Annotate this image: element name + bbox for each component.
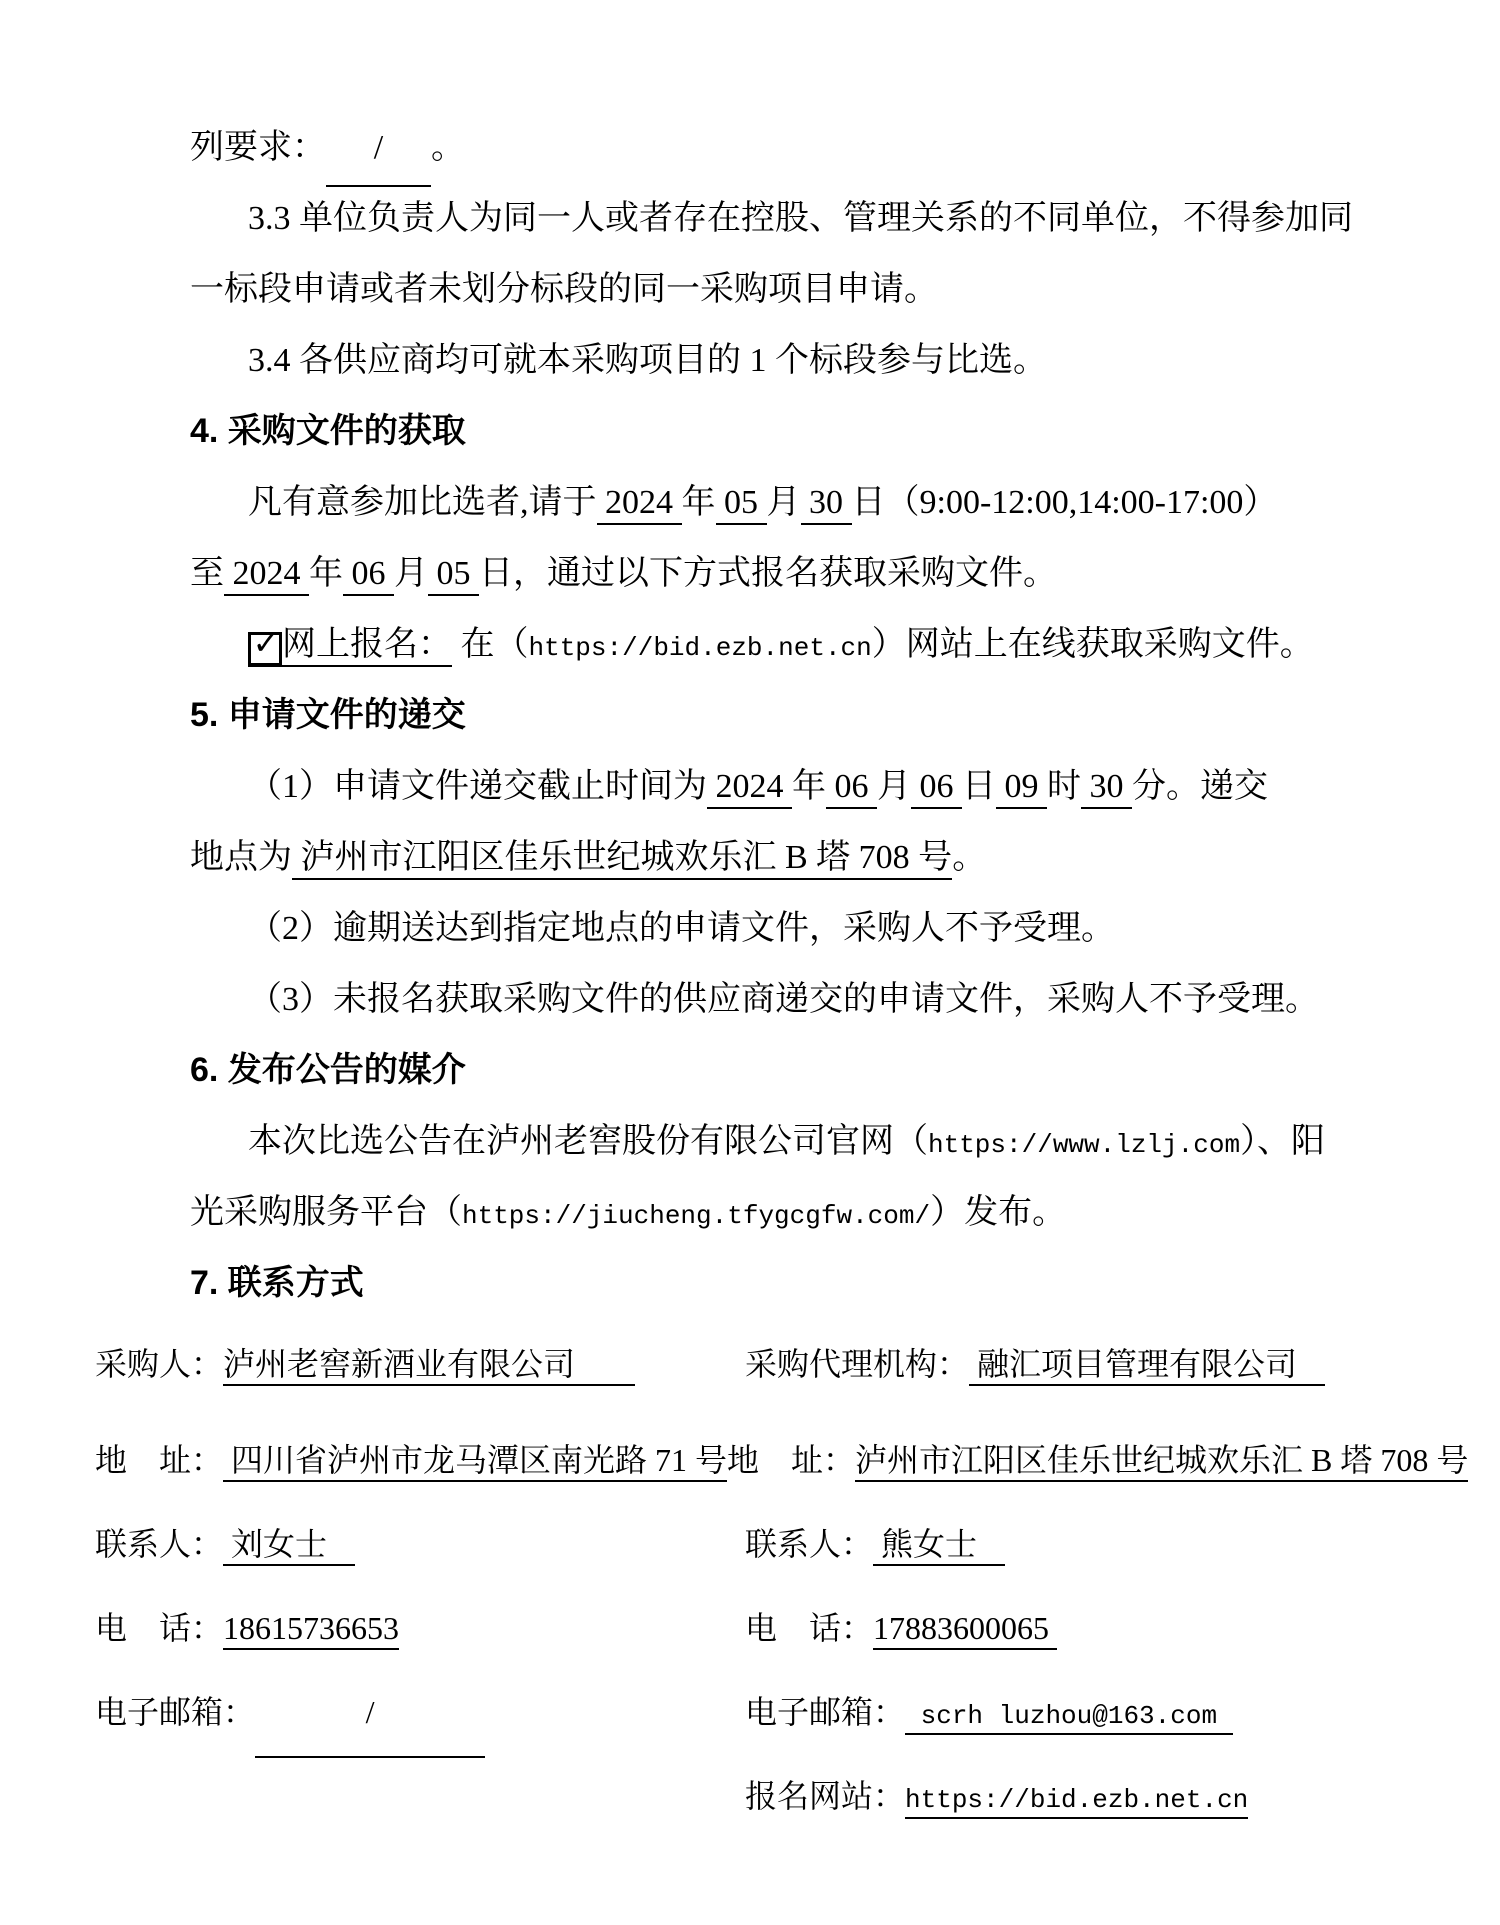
deadline-month-value: 06 [826, 768, 877, 809]
contact-section: 采购人：泸州老窖新酒业有限公司采购代理机构： 融汇项目管理有限公司 地 址： 四… [95, 1322, 1445, 1838]
obtain-end-year-value: 2024 [224, 555, 309, 596]
purchaser-email-row: 电子邮箱：/ [95, 1670, 745, 1754]
contact-row-person: 联系人： 刘女士 联系人： 熊女士 [95, 1502, 1445, 1586]
submit-rule-3: （3）未报名获取采购文件的供应商递交的申请文件，采购人不予受理。 [190, 964, 1410, 1035]
purchaser-phone-row: 电 话：18615736653 [95, 1586, 745, 1670]
agency-person-label: 联系人： [745, 1526, 873, 1562]
blank-slash-field: / [326, 112, 431, 187]
clause-3-4: 3.4 各供应商均可就本采购项目的 1 个标段参与比选。 [190, 325, 1410, 396]
obtain-day-value: 30 [801, 484, 852, 525]
purchaser-email-blank-field: / [255, 1670, 485, 1758]
obtain-line-2: 至 2024 年 06 月 05 日，通过以下方式报名获取采购文件。 [190, 538, 1410, 609]
agency-phone-row: 电 话：17883600065 [745, 1586, 1445, 1670]
agency-address-label: 地 址： [727, 1442, 855, 1478]
agency-email-label: 电子邮箱： [745, 1694, 905, 1730]
purchaser-person-value: 刘女士 [223, 1526, 355, 1566]
deadline-minute-value: 30 [1081, 768, 1132, 809]
requirement-label: 列要求： [190, 129, 326, 166]
purchaser-label: 采购人： [95, 1346, 223, 1382]
deadline-hour-value: 09 [996, 768, 1047, 809]
agency-site-row: 报名网站：https://bid.ezb.net.cn [745, 1754, 1445, 1838]
purchaser-name-row: 采购人：泸州老窖新酒业有限公司 [95, 1322, 745, 1406]
agency-site-link[interactable]: https://bid.ezb.net.cn [905, 1785, 1248, 1819]
purchaser-phone-label: 电 话： [95, 1610, 223, 1646]
line-requirement: 列要求：/。 [190, 112, 1410, 183]
contact-row-address: 地 址： 四川省泸州市龙马潭区南光路 71 号地 址：泸州市江阳区佳乐世纪城欢乐… [95, 1418, 1445, 1502]
agency-site-label: 报名网站： [745, 1778, 905, 1814]
purchaser-person-label: 联系人： [95, 1526, 223, 1562]
contact-row-site-left-empty [95, 1754, 745, 1838]
purchaser-address-value: 四川省泸州市龙马潭区南光路 71 号 [223, 1442, 727, 1482]
online-register-label: 网上报名： [282, 626, 452, 663]
submit-deadline-line: （1）申请文件递交截止时间为 2024 年 06 月 06 日 09 时 30 … [190, 751, 1410, 822]
agency-email-value[interactable]: scrh luzhou@163.com [905, 1701, 1233, 1735]
obtain-year-value: 2024 [597, 484, 682, 525]
obtain-end-day-value: 05 [428, 555, 479, 596]
section-heading-6: 6. 发布公告的媒介 [190, 1035, 1410, 1106]
contact-row-email: 电子邮箱：/电子邮箱： scrh luzhou@163.com [95, 1670, 1445, 1754]
contact-row-site: 报名网站：https://bid.ezb.net.cn [95, 1754, 1445, 1838]
submit-place-value: 泸州市江阳区佳乐世纪城欢乐汇 B 塔 708 号 [292, 839, 952, 880]
company-site-link[interactable]: https://www.lzlj.com [928, 1130, 1240, 1160]
sunshine-platform-link[interactable]: https://jiucheng.tfygcgfw.com/ [462, 1201, 930, 1231]
deadline-year-value: 2024 [707, 768, 792, 809]
agency-person-row: 联系人： 熊女士 [745, 1502, 1445, 1586]
online-register-line: ✓网上报名： 在（https://bid.ezb.net.cn）网站上在线获取采… [190, 609, 1410, 680]
agency-address-row: 地 址：泸州市江阳区佳乐世纪城欢乐汇 B 塔 708 号 [727, 1418, 1468, 1502]
agency-name-value: 融汇项目管理有限公司 [969, 1346, 1325, 1386]
agency-label: 采购代理机构： [745, 1346, 969, 1382]
contact-row-name: 采购人：泸州老窖新酒业有限公司采购代理机构： 融汇项目管理有限公司 [95, 1322, 1445, 1406]
obtain-month-value: 05 [716, 484, 767, 525]
obtain-end-month-value: 06 [343, 555, 394, 596]
checkbox-checked-icon: ✓ [248, 632, 282, 666]
agency-phone-value: 17883600065 [873, 1610, 1057, 1650]
clause-3-3-line-2: 一标段申请或者未划分标段的同一采购项目申请。 [190, 254, 1410, 325]
register-url-link[interactable]: https://bid.ezb.net.cn [529, 633, 872, 663]
purchaser-phone-value: 18615736653 [223, 1610, 399, 1650]
section-heading-7: 7. 联系方式 [190, 1248, 1410, 1319]
requirement-end: 。 [431, 129, 465, 166]
agency-email-row: 电子邮箱： scrh luzhou@163.com [745, 1670, 1445, 1754]
document-body: 列要求：/。 3.3 单位负责人为同一人或者存在控股、管理关系的不同单位，不得参… [190, 112, 1410, 1319]
media-line-1: 本次比选公告在泸州老窖股份有限公司官网（https://www.lzlj.com… [190, 1106, 1410, 1177]
purchaser-name-value: 泸州老窖新酒业有限公司 [223, 1346, 635, 1386]
agency-name-row: 采购代理机构： 融汇项目管理有限公司 [745, 1322, 1445, 1406]
section-heading-5: 5. 申请文件的递交 [190, 680, 1410, 751]
submit-place-line: 地点为 泸州市江阳区佳乐世纪城欢乐汇 B 塔 708 号。 [190, 822, 1410, 893]
agency-person-value: 熊女士 [873, 1526, 1005, 1566]
deadline-day-value: 06 [911, 768, 962, 809]
agency-address-value: 泸州市江阳区佳乐世纪城欢乐汇 B 塔 708 号 [855, 1442, 1468, 1482]
online-register-option: ✓网上报名： [248, 626, 452, 667]
purchaser-address-row: 地 址： 四川省泸州市龙马潭区南光路 71 号 [95, 1418, 727, 1502]
submit-rule-2: （2）逾期送达到指定地点的申请文件，采购人不予受理。 [190, 893, 1410, 964]
media-line-2: 光采购服务平台（https://jiucheng.tfygcgfw.com/）发… [190, 1177, 1410, 1248]
section-heading-4: 4. 采购文件的获取 [190, 396, 1410, 467]
document-page: 列要求：/。 3.3 单位负责人为同一人或者存在控股、管理关系的不同单位，不得参… [0, 0, 1500, 1925]
clause-3-3-line-1: 3.3 单位负责人为同一人或者存在控股、管理关系的不同单位，不得参加同 [190, 183, 1410, 254]
purchaser-email-label: 电子邮箱： [95, 1694, 255, 1730]
contact-row-phone: 电 话：18615736653电 话：17883600065 [95, 1586, 1445, 1670]
purchaser-person-row: 联系人： 刘女士 [95, 1502, 745, 1586]
purchaser-address-label: 地 址： [95, 1442, 223, 1478]
agency-phone-label: 电 话： [745, 1610, 873, 1646]
obtain-line-1: 凡有意参加比选者,请于 2024 年 05 月 30 日（9:00-12:00,… [190, 467, 1410, 538]
